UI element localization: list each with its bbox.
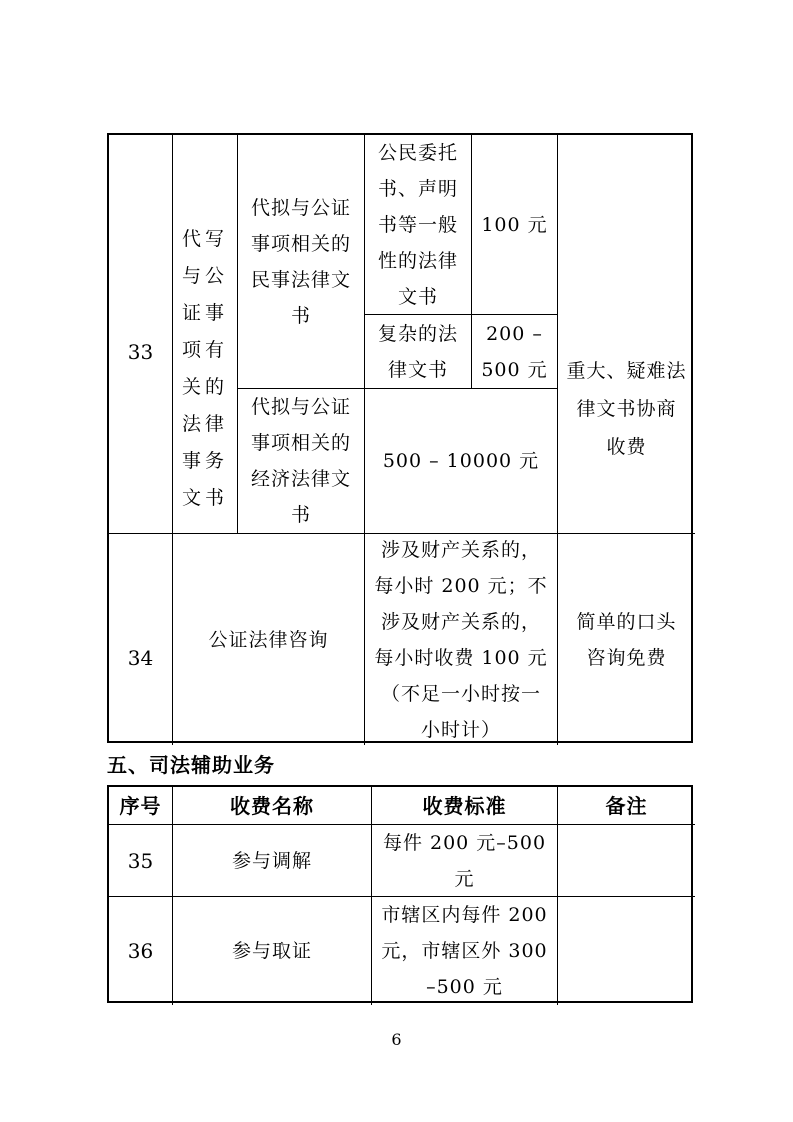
row33-note-cell: 重大、疑难法 律文书协商 收费 — [558, 135, 695, 534]
row35-remark-cell — [558, 825, 695, 897]
row35-number-cell: 35 — [109, 825, 173, 897]
row34-number-cell: 34 — [109, 534, 173, 745]
row33-economic-doc-name-cell: 代拟与公证 事项相关的 经济法律文 书 — [238, 389, 365, 534]
row36-number-cell: 36 — [109, 897, 173, 1005]
row33-civil-complex-fee-cell: 200 – 500 元 — [472, 315, 558, 389]
aux-header-remark: 备注 — [558, 787, 695, 825]
row36-name-cell: 参与取证 — [173, 897, 372, 1005]
row35-standard-cell: 每件 200 元–500 元 — [372, 825, 558, 897]
row34-note-cell: 简单的口头 咨询免费 — [558, 534, 695, 745]
aux-services-table: 序号 收费名称 收费标准 备注 35 参与调解 每件 200 元–500 元 3… — [107, 785, 693, 1003]
row35-name-cell: 参与调解 — [173, 825, 372, 897]
aux-header-standard: 收费标准 — [372, 787, 558, 825]
row33-civil-complex-desc-cell: 复杂的法 律文书 — [365, 315, 472, 389]
section-heading: 五、司法辅助业务 — [107, 750, 507, 780]
row33-civil-doc-name-cell: 代拟与公证 事项相关的 民事法律文 书 — [238, 135, 365, 389]
row33-civil-general-fee-cell: 100 元 — [472, 135, 558, 315]
row33-civil-general-desc-cell: 公民委托 书、声明 书等一般 性的法律 文书 — [365, 135, 472, 315]
row34-name-cell: 公证法律咨询 — [173, 534, 365, 745]
notary-fee-table-continued: 33 代写 与公 证事 项有 关的 法律 事务 文书 代拟与公证 事项相关的 民… — [107, 133, 693, 743]
row36-standard-cell: 市辖区内每件 200 元，市辖区外 300 –500 元 — [372, 897, 558, 1005]
row33-number-cell: 33 — [109, 135, 173, 534]
page-number: 6 — [0, 1030, 793, 1049]
row33-economic-fee-cell: 500 – 10000 元 — [365, 389, 558, 534]
row33-category-cell: 代写 与公 证事 项有 关的 法律 事务 文书 — [173, 135, 238, 534]
aux-header-name: 收费名称 — [173, 787, 372, 825]
row34-fee-cell: 涉及财产关系的， 每小时 200 元；不 涉及财产关系的， 每小时收费 100 … — [365, 534, 558, 745]
row36-remark-cell — [558, 897, 695, 1005]
aux-header-no: 序号 — [109, 787, 173, 825]
